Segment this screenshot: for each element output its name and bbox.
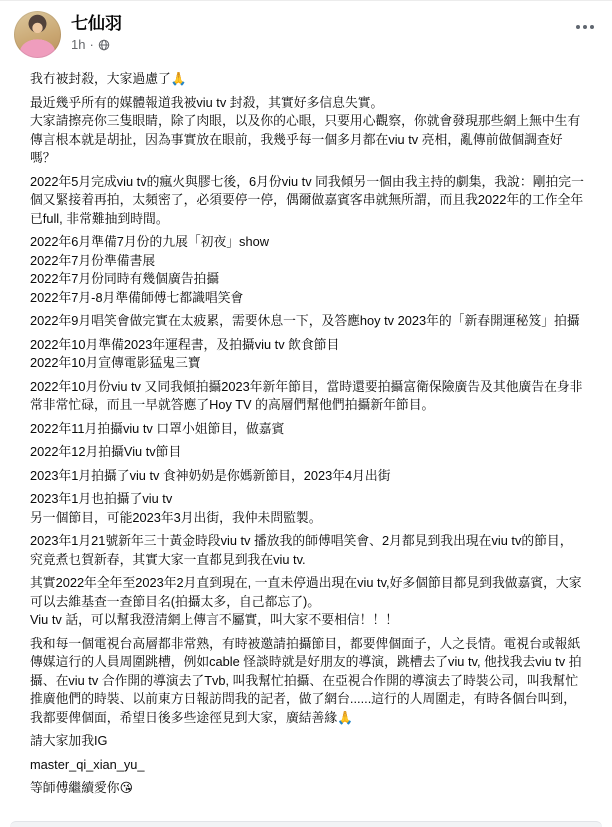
post-paragraph: 2023年1月也拍攝了viu tv 另一個節目，可能2023年3月出街，我仲未問… bbox=[30, 490, 584, 527]
post-paragraph: 2022年12月拍攝Viu tv節目 bbox=[30, 443, 584, 462]
post-paragraph: 請大家加我IG bbox=[30, 732, 584, 751]
post-paragraph: 2022年5月完成viu tv的瘋火與膠七後，6月份viu tv 同我傾另一個由… bbox=[30, 173, 584, 229]
author-name[interactable]: 七仙羽 bbox=[71, 13, 122, 34]
post-paragraph: 2022年9月唱笑會做完實在太疲累，需要休息一下，及答應hoy tv 2023年… bbox=[30, 312, 584, 331]
post-paragraph: 2022年10月份viu tv 又同我傾拍攝2023年新年節目，當時還要拍攝富衛… bbox=[30, 378, 584, 415]
post-paragraph: 2022年11月拍攝viu tv 口罩小姐節目，做嘉賓 bbox=[30, 420, 584, 439]
post-paragraph: 最近幾乎所有的媒體報道我被viu tv 封殺，其實好多信息失實。 大家請擦亮你三… bbox=[30, 94, 584, 168]
post-paragraph: 2023年1月21號新年三十黃金時段viu tv 播放我的師傅唱笑會、2月都見到… bbox=[30, 532, 584, 569]
post-paragraph: 等師傅繼續愛你😘 bbox=[30, 779, 584, 798]
post-paragraph: 2023年1月拍攝了viu tv 食神奶奶是你媽新節目，2023年4月出街 bbox=[30, 467, 584, 486]
post-paragraph ig-handle: master_qi_xian_yu_ bbox=[30, 756, 584, 775]
post-paragraph: 我和每一個電視台高層都非常熟，有時被邀請拍攝節目，都要俾個面子，人之長情。電視台… bbox=[30, 635, 584, 728]
more-options-icon[interactable] bbox=[574, 19, 596, 35]
post-header-text: 七仙羽 1h · bbox=[71, 11, 122, 53]
post-paragraph: 我冇被封殺，大家過慮了🙏 bbox=[30, 70, 584, 89]
post-meta: 1h · bbox=[71, 37, 122, 53]
post-paragraph: 2022年10月準備2023年運程書，及拍攝viu tv 飲食節目 2022年1… bbox=[30, 336, 584, 373]
post-content: 我冇被封殺，大家過慮了🙏 最近幾乎所有的媒體報道我被viu tv 封殺，其實好多… bbox=[0, 58, 612, 798]
globe-icon bbox=[98, 39, 110, 51]
post-paragraph: 其實2022年全年至2023年2月直到現在, 一直未停過出現在viu tv,好多… bbox=[30, 574, 584, 630]
post-paragraph: 2022年6月準備7月份的九展「初夜」show 2022年7月份準備書展 202… bbox=[30, 233, 584, 307]
timestamp[interactable]: 1h bbox=[71, 37, 85, 53]
facebook-post: 七仙羽 1h · 我冇被封殺，大家過慮了🙏 最近幾乎所有的媒體報道我被viu t… bbox=[0, 0, 612, 827]
attachment-image-top-edge[interactable] bbox=[10, 821, 602, 827]
post-header: 七仙羽 1h · bbox=[0, 1, 612, 58]
avatar[interactable] bbox=[14, 11, 61, 58]
meta-separator: · bbox=[89, 37, 93, 53]
